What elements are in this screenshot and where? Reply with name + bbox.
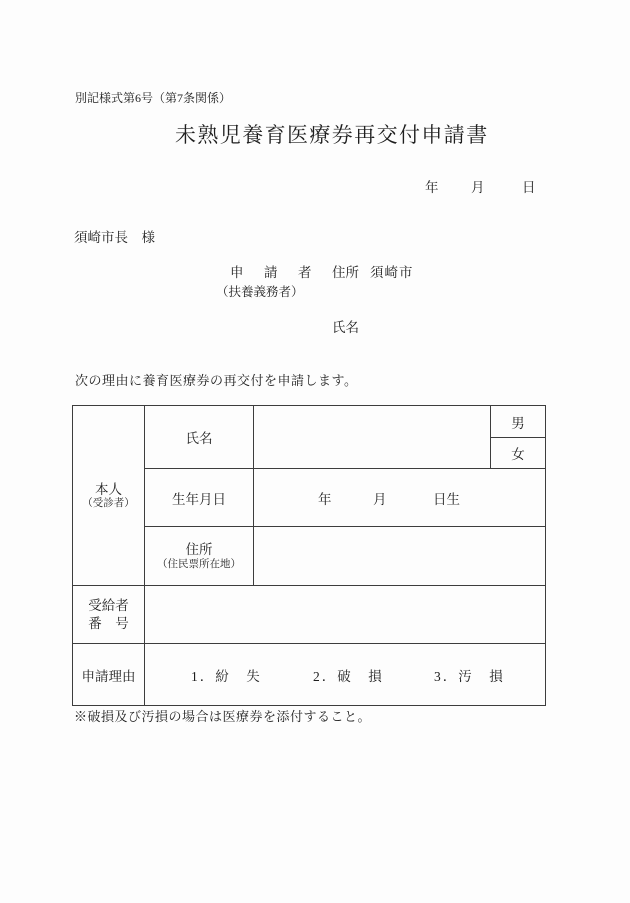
address-label: 住所 bbox=[145, 542, 253, 558]
address-label-cell: 住所 （住民票所在地） bbox=[145, 527, 254, 586]
applicant-name-label: 氏名 bbox=[332, 320, 359, 336]
reason-option-soiled: 3．汚 損 bbox=[434, 665, 505, 685]
person-sublabel: （受診者） bbox=[73, 497, 144, 510]
birthdate-label-cell: 生年月日 bbox=[145, 469, 254, 527]
name-label-cell: 氏名 bbox=[145, 406, 254, 469]
addressee: 須崎市長 様 bbox=[74, 230, 155, 246]
birth-day-label: 日生 bbox=[433, 488, 460, 508]
date-day-label: 日 bbox=[522, 180, 536, 196]
sex-female-cell: 女 bbox=[491, 438, 546, 469]
applicant-address-value: 須崎市 bbox=[370, 265, 414, 281]
recipient-number-label-line2: 番 号 bbox=[73, 615, 144, 633]
person-header-cell: 本人 （受診者） bbox=[73, 406, 145, 586]
applicant-guardian-sublabel: （扶養義務者） bbox=[216, 285, 304, 299]
birthdate-input-cell: 年 月 日生 bbox=[254, 469, 546, 527]
reason-label-cell: 申請理由 bbox=[73, 644, 145, 706]
birth-year-label: 年 bbox=[318, 488, 332, 508]
person-label: 本人 bbox=[73, 482, 144, 497]
reason-option-damaged: 2．破 損 bbox=[313, 665, 384, 685]
applicant-address-label: 住所 bbox=[332, 265, 359, 281]
document-page: 別記様式第6号（第7条関係） 未熟児養育医療券再交付申請書 年 月 日 須崎市長… bbox=[0, 0, 630, 903]
birth-month-label: 月 bbox=[373, 488, 387, 508]
sex-male-cell: 男 bbox=[491, 406, 546, 438]
page-title: 未熟児養育医療券再交付申請書 bbox=[175, 123, 489, 147]
recipient-number-label-cell: 受給者 番 号 bbox=[73, 586, 145, 644]
recipient-number-input-cell bbox=[145, 586, 546, 644]
name-input-cell bbox=[254, 406, 491, 469]
form-number: 別記様式第6号（第7条関係） bbox=[75, 92, 231, 106]
intro-sentence: 次の理由に養育医療券の再交付を申請します。 bbox=[75, 374, 357, 389]
applicant-label: 申 請 者 bbox=[230, 265, 315, 281]
footnote: ※破損及び汚損の場合は医療券を添付すること。 bbox=[74, 710, 371, 725]
reason-option-lost: 1．紛 失 bbox=[191, 665, 262, 685]
address-input-cell bbox=[254, 527, 546, 586]
application-table: 本人 （受診者） 氏名 男 女 生年月日 年 月 日生 住所 bbox=[72, 405, 546, 706]
date-year-label: 年 bbox=[425, 180, 439, 196]
reason-options-cell: 1．紛 失 2．破 損 3．汚 損 bbox=[145, 644, 546, 706]
recipient-number-label-line1: 受給者 bbox=[73, 597, 144, 615]
date-month-label: 月 bbox=[471, 180, 485, 196]
address-sublabel: （住民票所在地） bbox=[145, 558, 253, 571]
